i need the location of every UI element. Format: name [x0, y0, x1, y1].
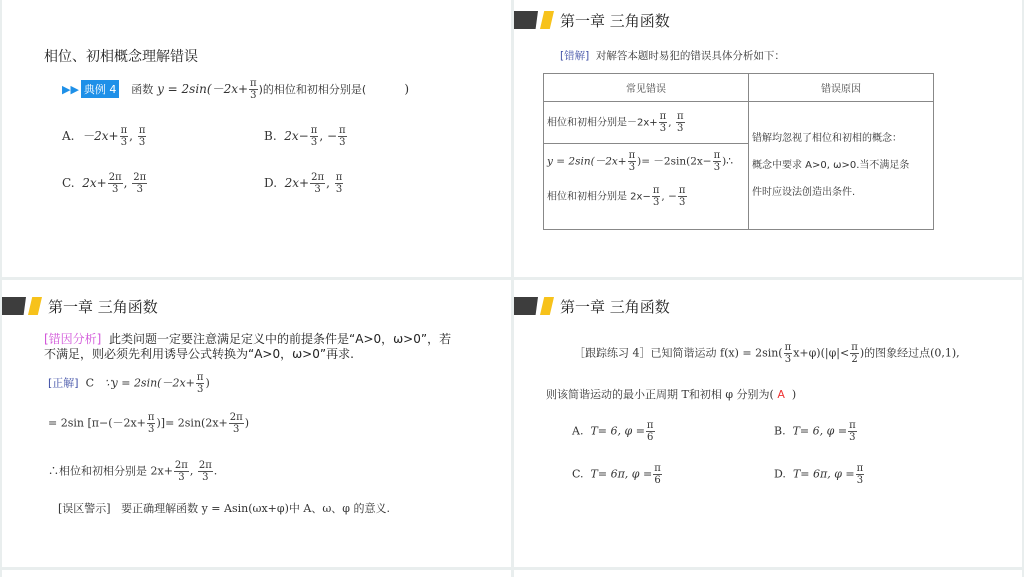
- chapter-bar-dark-icon: [514, 297, 538, 315]
- exercise-statement: ［跟踪练习 4］已知简谐运动 f(x) = 2sin(π3x+φ)(|φ|<π2…: [574, 342, 960, 365]
- chapter-bar-dark-icon: [2, 297, 26, 315]
- example-question: ▶▶典例 4 函数 y = 2sin(－2x+π3)的相位和初相分别是( ): [62, 78, 409, 101]
- chapter-bar-yellow-icon: [540, 11, 554, 29]
- option-b[interactable]: B. 2x−π3, −π3: [264, 125, 348, 148]
- chapter-title: 第一章 三角函数: [560, 296, 670, 317]
- answer-blank: ): [366, 82, 409, 96]
- chapter-header: 第一章 三角函数: [514, 296, 670, 316]
- solution-conclusion: ∴相位和初相分别是 2x+2π3, 2π3.: [48, 460, 217, 483]
- question-suffix: )的相位和初相分别是(: [259, 83, 367, 96]
- chapter-header: 第一章 三角函数: [2, 296, 158, 316]
- analysis-line-2: 不满足，则必须先利用诱导公式转换为“A>0，ω>0”再求.: [44, 347, 451, 362]
- chapter-bar-dark-icon: [514, 11, 538, 29]
- slide-wrong-solution[interactable]: 第一章 三角函数 [错解] 对解答本题时易犯的错误具体分析如下： 常见错误 错误…: [514, 0, 1022, 277]
- column-header-common-errors: 常见错误: [544, 74, 749, 102]
- answer-mark: A: [777, 388, 785, 401]
- option-d[interactable]: D. 2x+2π3, π3: [264, 172, 344, 195]
- slide-practice-exercise[interactable]: 第一章 三角函数 ［跟踪练习 4］已知简谐运动 f(x) = 2sin(π3x+…: [514, 280, 1022, 567]
- error-analysis-table: 常见错误 错误原因 相位和初相分别是－2x+π3, π3 错解均忽视了相位和初相…: [543, 73, 934, 230]
- slide-phase-concept[interactable]: 相位、初相概念理解错误 ▶▶典例 4 函数 y = 2sin(－2x+π3)的相…: [2, 0, 511, 277]
- wrong-solution-intro: [错解] 对解答本题时易犯的错误具体分析如下：: [560, 48, 785, 63]
- question-prefix: 函数: [131, 83, 153, 96]
- error-analysis-tag: [错因分析]: [44, 332, 101, 346]
- example-badge: 典例 4: [81, 80, 120, 98]
- warning-text: 要正确理解函数 y = Asin(ωx+φ)中 A、ω、φ 的意义.: [121, 502, 390, 515]
- slide-thumbnail-next-right[interactable]: [514, 570, 1022, 577]
- error-cell-2: y = 2sin(－2x+π3)= －2sin(2x−π3)∴ 相位和初相分别是…: [544, 144, 749, 230]
- warning-tag: [误区警示]: [58, 502, 111, 515]
- question-function: y = 2sin(－2x+: [157, 82, 248, 96]
- column-header-error-causes: 错误原因: [749, 74, 934, 102]
- solution-step-2: = 2sin [π−(－2x+π3)]= 2sin(2x+2π3): [48, 412, 249, 435]
- chapter-title: 第一章 三角函数: [560, 10, 670, 31]
- section-heading: 相位、初相概念理解错误: [44, 46, 198, 66]
- error-cause-cell: 错解均忽视了相位和初相的概念： 概念中要求 A>0, ω>0.当不满足条 件时应…: [749, 102, 934, 230]
- option-d[interactable]: D. T= 6π, φ =π3: [774, 463, 865, 486]
- chapter-bar-yellow-icon: [28, 297, 42, 315]
- solution-answer: C: [86, 377, 94, 390]
- slide-correct-solution[interactable]: 第一章 三角函数 [错因分析] 此类问题一定要注意满足定义中的前提条件是“A>0…: [2, 280, 511, 567]
- option-a[interactable]: A. －2x+π3, π3: [62, 125, 147, 148]
- option-c[interactable]: C. T= 6π, φ =π6: [572, 463, 663, 486]
- option-a[interactable]: A. T= 6, φ =π6: [572, 420, 656, 443]
- error-analysis: [错因分析] 此类问题一定要注意满足定义中的前提条件是“A>0，ω>0”，若 不…: [44, 332, 451, 362]
- analysis-line-1: 此类问题一定要注意满足定义中的前提条件是“A>0，ω>0”，若: [109, 332, 451, 346]
- chapter-bar-yellow-icon: [540, 297, 554, 315]
- slide-thumbnail-next-left[interactable]: [2, 570, 511, 577]
- intro-text: 对解答本题时易犯的错误具体分析如下：: [596, 50, 785, 62]
- correct-solution: [正解] C ∵y = 2sin(－2x+π3): [48, 372, 210, 395]
- mistake-warning: [误区警示] 要正确理解函数 y = Asin(ωx+φ)中 A、ω、φ 的意义…: [58, 500, 390, 516]
- exercise-tag: ［跟踪练习 4］: [574, 347, 651, 360]
- error-cell-1: 相位和初相分别是－2x+π3, π3: [544, 102, 749, 144]
- correct-solution-tag: [正解]: [48, 377, 79, 390]
- fraction: π3: [249, 78, 258, 101]
- chapter-title: 第一章 三角函数: [48, 296, 158, 317]
- option-c[interactable]: C. 2x+2π3, 2π3: [62, 172, 148, 195]
- chapter-header: 第一章 三角函数: [514, 10, 670, 30]
- exercise-question: 则该简谐运动的最小正周期 T和初相 φ 分别为( A ): [546, 386, 796, 402]
- double-arrow-icon: ▶▶: [62, 83, 79, 96]
- wrong-solution-tag: [错解]: [560, 50, 589, 62]
- option-b[interactable]: B. T= 6, φ =π3: [774, 420, 858, 443]
